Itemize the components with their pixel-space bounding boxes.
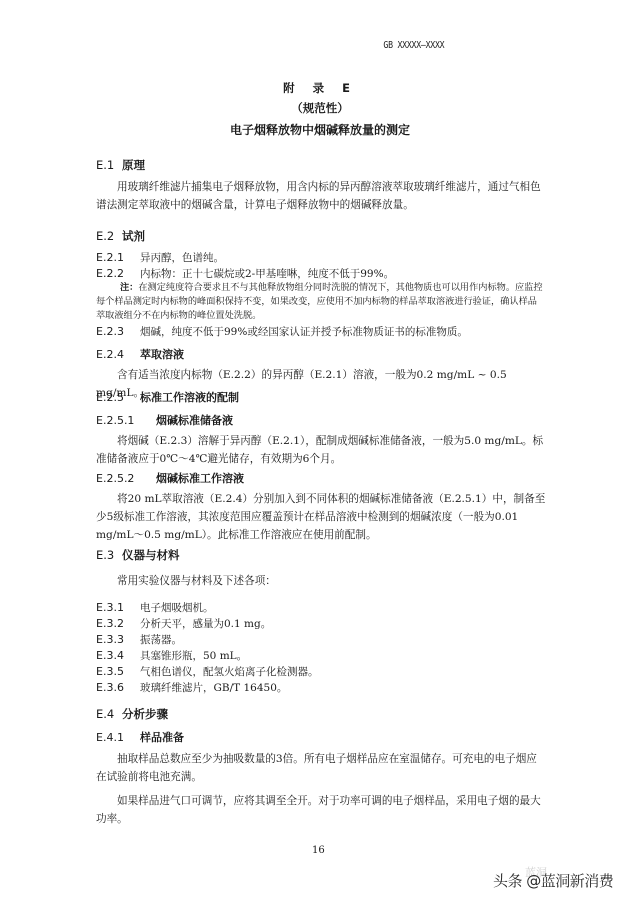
item-text: 玻璃纤维滤片，GB/T 16450。: [140, 682, 287, 694]
item-text: 内标物：正十七碳烷或2-甲基喹啉，纯度不低于99%。: [140, 268, 394, 280]
item-number: E.2.2: [96, 267, 140, 280]
paragraph-stock-solution: 将烟碱（E.2.3）溶解于异丙醇（E.2.1），配制成烟碱标准储备液，一般为5.…: [96, 432, 546, 468]
item-number: E.3.5: [96, 665, 140, 678]
section-title: 样品准备: [140, 731, 184, 744]
item-text: 电子烟吸烟机。: [140, 602, 214, 614]
note-text: 在测定纯度符合要求且不与其他释放物组分同时洗脱的情况下，其他物质也可以用作内标物…: [96, 282, 543, 321]
paragraph-apparatus-intro: 常用实验仪器与材料及下述各项：: [96, 572, 546, 590]
watermark: 头条 @蓝洞新消费: [493, 870, 613, 891]
section-heading-e1: E.1原理: [96, 157, 145, 173]
list-item: E.3.5气相色谱仪，配氢火焰离子化检测器。: [96, 664, 319, 679]
subsection-heading-e251: E.2.5.1烟碱标准储备液: [96, 412, 233, 428]
list-item: E.2.3烟碱，纯度不低于99%或经国家认证并授予标准物质证书的标准物质。: [96, 324, 468, 339]
note-label: 注：: [120, 282, 138, 293]
paragraph-sample-prep-2: 如果样品进气口可调节，应将其调至全开。对于功率可调的电子烟样品，采用电子烟的最大…: [96, 792, 546, 828]
item-number: E.2.3: [96, 325, 140, 338]
section-number: E.2.5: [96, 391, 140, 404]
section-title: 标准工作溶液的配制: [140, 391, 239, 404]
item-number: E.3.3: [96, 633, 140, 646]
subsection-heading-e41: E.4.1样品准备: [96, 729, 184, 745]
item-text: 分析天平，感量为0.1 mg。: [140, 618, 271, 630]
section-heading-e2: E.2试剂: [96, 228, 145, 244]
section-number: E.2.5.2: [96, 472, 156, 485]
item-text: 异丙醇，色谱纯。: [140, 252, 224, 264]
item-number: E.3.2: [96, 617, 140, 630]
paragraph-working-solution: 将20 mL萃取溶液（E.2.4）分别加入到不同体积的烟碱标准储备液（E.2.5…: [96, 490, 546, 544]
section-number: E.1: [96, 158, 122, 172]
page-number: 16: [312, 845, 325, 856]
annex-label: 附 录 E: [0, 80, 640, 96]
item-number: E.3.1: [96, 601, 140, 614]
section-heading-e4: E.4分析步骤: [96, 706, 168, 722]
item-number: E.2.1: [96, 251, 140, 264]
list-item: E.3.1电子烟吸烟机。: [96, 600, 214, 615]
section-title: 烟碱标准工作溶液: [156, 472, 244, 485]
section-heading-e3: E.3仪器与材料: [96, 547, 180, 563]
paragraph-sample-prep-1: 抽取样品总数应至少为抽吸数量的3倍。所有电子烟样品应在室温储存。可充电的电子烟应…: [96, 750, 546, 786]
section-title: 仪器与材料: [122, 548, 180, 562]
section-title: 试剂: [122, 229, 145, 243]
section-number: E.2.4: [96, 348, 140, 361]
item-number: E.3.6: [96, 681, 140, 694]
section-number: E.2.5.1: [96, 414, 156, 427]
note: 注：在测定纯度符合要求且不与其他释放物组分同时洗脱的情况下，其他物质也可以用作内…: [96, 281, 546, 323]
annex-title: 电子烟释放物中烟碱释放量的测定: [0, 121, 640, 138]
item-text: 具塞锥形瓶，50 mL。: [140, 650, 247, 662]
paragraph-principle: 用玻璃纤维滤片捕集电子烟释放物，用含内标的异丙醇溶液萃取玻璃纤维滤片，通过气相色…: [96, 178, 546, 214]
item-text: 气相色谱仪，配氢火焰离子化检测器。: [140, 666, 319, 678]
section-number: E.2: [96, 229, 122, 243]
standard-number: GB XXXXX—XXXX: [383, 40, 444, 51]
item-text: 烟碱，纯度不低于99%或经国家认证并授予标准物质证书的标准物质。: [140, 326, 468, 338]
section-number: E.4.1: [96, 731, 140, 744]
section-number: E.3: [96, 548, 122, 562]
item-number: E.3.4: [96, 649, 140, 662]
list-item: E.3.4具塞锥形瓶，50 mL。: [96, 648, 247, 663]
list-item: E.3.6玻璃纤维滤片，GB/T 16450。: [96, 680, 287, 695]
list-item: E.3.2分析天平，感量为0.1 mg。: [96, 616, 271, 631]
section-title: 烟碱标准储备液: [156, 414, 233, 427]
list-item: E.2.2内标物：正十七碳烷或2-甲基喹啉，纯度不低于99%。: [96, 266, 394, 281]
section-title: 分析步骤: [122, 707, 168, 721]
list-item: E.3.3振荡器。: [96, 632, 182, 647]
subsection-heading-e252: E.2.5.2烟碱标准工作溶液: [96, 470, 244, 486]
section-title: 萃取溶液: [140, 348, 184, 361]
item-text: 振荡器。: [140, 634, 182, 646]
section-number: E.4: [96, 707, 122, 721]
section-title: 原理: [122, 158, 145, 172]
annex-type: （规范性）: [0, 100, 640, 116]
subsection-heading-e24: E.2.4萃取溶液: [96, 346, 184, 362]
list-item: E.2.1异丙醇，色谱纯。: [96, 250, 224, 265]
subsection-heading-e25: E.2.5标准工作溶液的配制: [96, 389, 239, 405]
